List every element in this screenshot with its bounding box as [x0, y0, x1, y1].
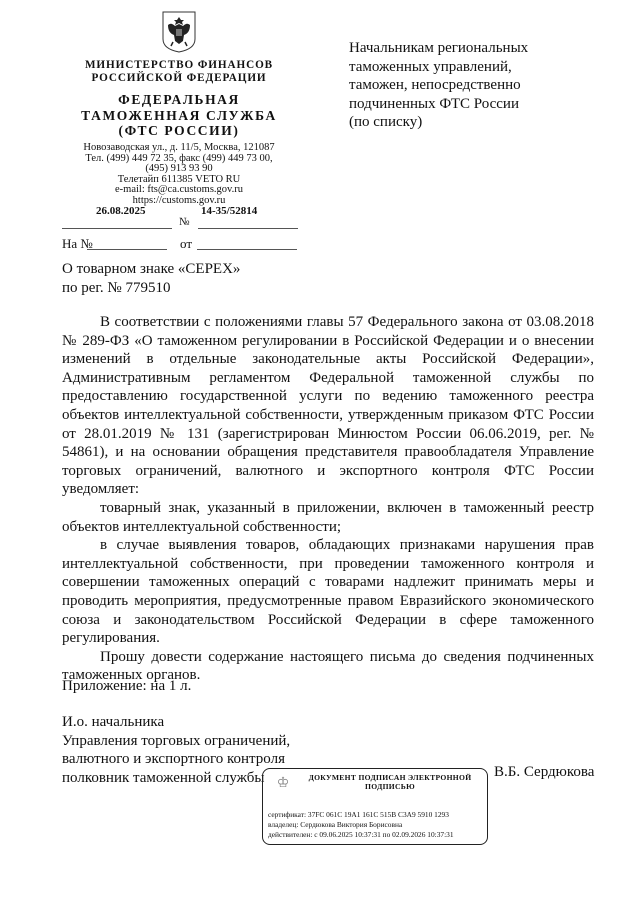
- contact-info: Новозаводская ул., д. 11/5, Москва, 1210…: [66, 143, 292, 207]
- reference-date-blank: [197, 249, 297, 250]
- certificate-validity: действителен: с 09.06.2025 10:37:31 по 0…: [268, 830, 454, 840]
- signer-line: И.о. начальника: [62, 713, 290, 732]
- date-underline: [62, 228, 172, 229]
- stamp-details: сертификат: 37FC 061C 19A1 161C 515B C3A…: [268, 810, 454, 840]
- signer-line: полковник таможенной службы: [62, 769, 290, 788]
- stamp-emblem-icon: ♔: [273, 775, 293, 793]
- service-line: ФЕДЕРАЛЬНАЯ: [66, 92, 292, 108]
- stamp-title-line: ДОКУМЕНТ ПОДПИСАН ЭЛЕКТРОННОЙ: [297, 773, 483, 782]
- ministry-line: МИНИСТЕРСТВО ФИНАНСОВ: [66, 59, 292, 72]
- letter-body: В соответствии с положениями главы 57 Фе…: [62, 313, 594, 685]
- addressee-block: Начальникам региональных таможенных упра…: [349, 39, 589, 132]
- addressee-line: Начальникам региональных: [349, 39, 589, 58]
- coat-of-arms-icon: [162, 11, 196, 53]
- letter-number: 14-35/52814: [201, 205, 257, 217]
- ministry-line: РОССИЙСКОЙ ФЕДЕРАЦИИ: [66, 72, 292, 85]
- subject-line: по рег. № 779510: [62, 279, 240, 298]
- service-line: ТАМОЖЕННАЯ СЛУЖБА: [66, 108, 292, 124]
- signer-position: И.о. начальника Управления торговых огра…: [62, 713, 290, 787]
- reference-number-blank: [87, 249, 167, 250]
- addressee-line: таможен, непосредственно: [349, 76, 589, 95]
- ministry-name: МИНИСТЕРСТВО ФИНАНСОВ РОССИЙСКОЙ ФЕДЕРАЦ…: [66, 59, 292, 84]
- attachment-note: Приложение: на 1 л.: [62, 678, 191, 695]
- subject-line: О товарном знаке «CEPEX»: [62, 260, 240, 279]
- stamp-title-line: ПОДПИСЬЮ: [297, 782, 483, 791]
- address: Новозаводская ул., д. 11/5, Москва, 1210…: [66, 143, 292, 154]
- letter-date: 26.08.2025: [96, 205, 146, 217]
- service-name: ФЕДЕРАЛЬНАЯ ТАМОЖЕННАЯ СЛУЖБА (ФТС РОССИ…: [66, 92, 292, 139]
- stamp-title: ДОКУМЕНТ ПОДПИСАН ЭЛЕКТРОННОЙ ПОДПИСЬЮ: [297, 773, 483, 791]
- subject: О товарном знаке «CEPEX» по рег. № 77951…: [62, 260, 240, 297]
- body-paragraph: товарный знак, указанный в приложении, в…: [62, 499, 594, 536]
- body-paragraph: В соответствии с положениями главы 57 Фе…: [62, 313, 594, 499]
- reference-date-label: от: [180, 236, 192, 252]
- service-line: (ФТС РОССИИ): [66, 123, 292, 139]
- e-signature-stamp: ♔ ДОКУМЕНТ ПОДПИСАН ЭЛЕКТРОННОЙ ПОДПИСЬЮ…: [262, 768, 488, 845]
- certificate-owner: владелец: Сердюкова Виктория Борисовна: [268, 820, 454, 830]
- number-underline: [198, 228, 298, 229]
- body-paragraph: в случае выявления товаров, обладающих п…: [62, 536, 594, 648]
- addressee-line: подчиненных ФТС России: [349, 95, 589, 114]
- addressee-line: таможенных управлений,: [349, 58, 589, 77]
- reference-line: На № от: [62, 236, 302, 254]
- signer-name: В.Б. Сердюкова: [494, 764, 594, 781]
- signer-line: валютного и экспортного контроля: [62, 750, 290, 769]
- number-sign: №: [179, 216, 190, 228]
- signer-line: Управления торговых ограничений,: [62, 732, 290, 751]
- addressee-line: (по списку): [349, 113, 589, 132]
- certificate-id: сертификат: 37FC 061C 19A1 161C 515B C3A…: [268, 810, 454, 820]
- date-number-line: 26.08.2025 № 14-35/52814: [62, 205, 302, 231]
